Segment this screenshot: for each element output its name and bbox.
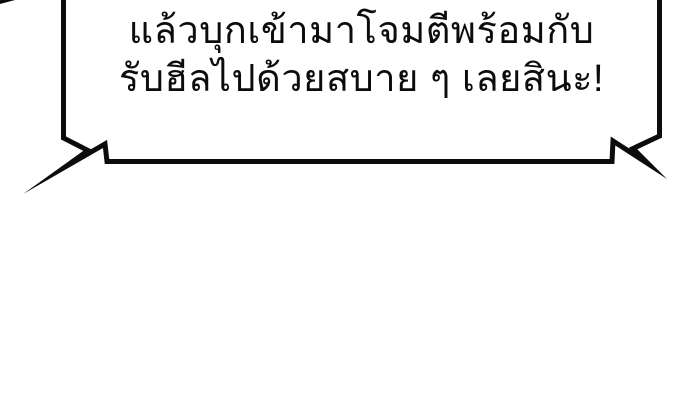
comic-panel: แล้วบุกเข้ามาโจมตีพร้อมกับ รับฮีลไปด้วยส… — [0, 0, 700, 402]
speech-line-2: รับฮีลไปด้วยสบาย ๆ เลยสินะ! — [66, 55, 657, 103]
speech-line-1: แล้วบุกเข้ามาโจมตีพร้อมกับ — [66, 7, 657, 55]
speech-bubble-text: แล้วบุกเข้ามาโจมตีพร้อมกับ รับฮีลไปด้วยส… — [66, 7, 657, 103]
